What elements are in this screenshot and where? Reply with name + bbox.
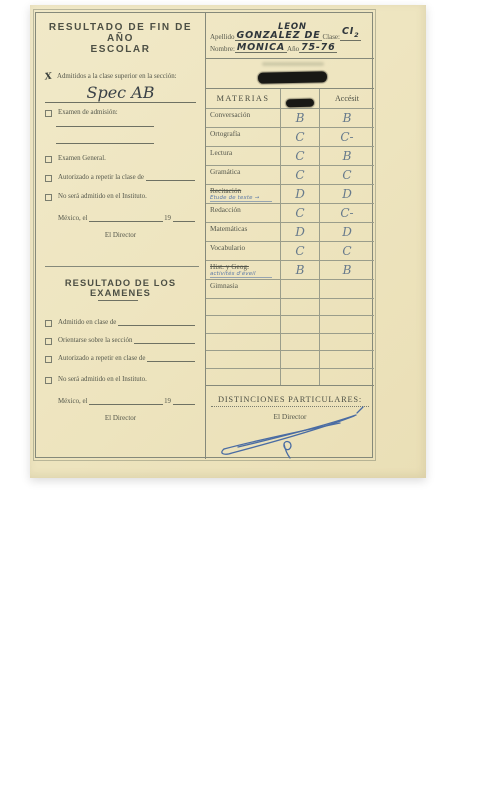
empty-cell bbox=[319, 334, 374, 350]
grade-value: C bbox=[295, 206, 304, 220]
city-label: México, el bbox=[58, 398, 87, 406]
accesit-value: C- bbox=[340, 206, 353, 220]
exam-admission-label: Examen de admisión: bbox=[58, 109, 118, 117]
grade-value: B bbox=[296, 263, 305, 277]
not-admitted2-label: No será admitido en el Instituto. bbox=[58, 376, 147, 384]
subject-label-struck: Hist. y Geog. bbox=[210, 262, 249, 271]
checkbox-icon bbox=[45, 320, 52, 327]
not-admitted-label: No será admitido en el Instituto. bbox=[58, 193, 147, 201]
blank-line bbox=[89, 221, 163, 222]
accesit-value: B bbox=[343, 263, 352, 277]
accesit-value: D bbox=[342, 225, 352, 239]
subject-label: Conversación bbox=[206, 109, 280, 127]
accesit-header: Accésit bbox=[319, 89, 374, 108]
empty-cell bbox=[206, 316, 280, 332]
table-row: Gimnasia bbox=[206, 279, 374, 298]
class-value-sub: 2 bbox=[354, 31, 359, 39]
empty-cell bbox=[280, 316, 319, 332]
surname-label: Apellido bbox=[210, 33, 235, 41]
grade-value: D bbox=[295, 225, 305, 239]
director-label: El Director bbox=[36, 231, 205, 239]
grades-table: MATERIAS Accésit Conversación B B Ortogr… bbox=[206, 88, 374, 386]
subject-label: Gimnasia bbox=[206, 280, 280, 298]
checkbox-icon bbox=[45, 377, 52, 384]
accesit-value: B bbox=[343, 111, 352, 125]
director-signature bbox=[214, 403, 366, 459]
table-row: Vocabulario C C bbox=[206, 241, 374, 260]
short-rule bbox=[98, 300, 138, 301]
class-label: Clase: bbox=[322, 33, 340, 41]
grade-value: D bbox=[295, 187, 305, 201]
repeat-class2-item: Autorizado a repetir en clase de bbox=[45, 355, 196, 363]
grade-value: B bbox=[296, 111, 305, 125]
empty-table-row bbox=[206, 333, 374, 350]
empty-cell bbox=[319, 316, 374, 332]
grade-value: C bbox=[295, 149, 304, 163]
year-label: Año bbox=[287, 45, 299, 53]
empty-cell bbox=[206, 351, 280, 367]
name-row: Nombre: MONICA Año 75-76 bbox=[210, 43, 369, 53]
subject-label: Vocabulario bbox=[206, 242, 280, 260]
name-value: MONICA bbox=[235, 43, 287, 53]
empty-cell bbox=[280, 334, 319, 350]
table-row: Lectura C B bbox=[206, 146, 374, 165]
materias-header: MATERIAS bbox=[206, 89, 280, 108]
date-line2: México, el 19 bbox=[58, 398, 196, 406]
empty-cell bbox=[280, 299, 319, 315]
admitted-handwritten-value: Spec AB bbox=[86, 83, 154, 102]
table-row: Gramática C C bbox=[206, 165, 374, 184]
checkbox-icon bbox=[45, 338, 52, 345]
class-value-main: CI bbox=[342, 26, 354, 37]
admitted-class-label: Admitido en clase de bbox=[58, 319, 116, 327]
checkbox-icon bbox=[45, 194, 52, 201]
repeat-class-label: Autorizado a repetir la clase de bbox=[58, 174, 144, 182]
checkbox-icon bbox=[45, 356, 52, 363]
empty-cell bbox=[319, 351, 374, 367]
checkbox-icon bbox=[45, 110, 52, 117]
exam-admission-item: Examen de admisión: bbox=[45, 109, 196, 117]
grades-header-row: MATERIAS Accésit bbox=[206, 88, 374, 108]
year-value: 75-76 bbox=[299, 43, 337, 53]
accesit-value: C bbox=[342, 168, 351, 182]
table-row: Recitación Etude de texte → D D bbox=[206, 184, 374, 203]
empty-cell bbox=[319, 299, 374, 315]
surname-value: GONZALEZ DE bbox=[235, 31, 323, 41]
handwritten-x-mark: X bbox=[45, 74, 53, 82]
subject-label: Redacción bbox=[206, 204, 280, 222]
empty-cell bbox=[206, 334, 280, 350]
accesit-value: D bbox=[342, 187, 352, 201]
name-label: Nombre: bbox=[210, 45, 235, 53]
subject-label: Ortografía bbox=[206, 128, 280, 146]
accesit-value: C- bbox=[340, 130, 353, 144]
checkbox-icon bbox=[45, 156, 52, 163]
year-prefix: 19 bbox=[164, 398, 171, 406]
admitted-item: X Admitidos a la clase superior en la se… bbox=[45, 73, 196, 81]
blank-line bbox=[89, 404, 163, 405]
blank-line bbox=[173, 221, 195, 222]
section2-title: RESULTADO DE LOS EXAMENES bbox=[36, 278, 205, 298]
empty-cell bbox=[206, 299, 280, 315]
repeat-class2-label: Autorizado a repetir en clase de bbox=[58, 355, 145, 363]
form-frame: RESULTADO DE FIN DE AÑO ESCOLAR X Admiti… bbox=[35, 12, 373, 458]
exam-general-label: Examen General. bbox=[58, 155, 106, 163]
subject-label-struck: Recitación bbox=[210, 186, 241, 195]
empty-table-row bbox=[206, 298, 374, 315]
exam-general-item: Examen General. bbox=[45, 155, 196, 163]
blank-line bbox=[56, 126, 154, 127]
table-row: Matemáticas D D bbox=[206, 222, 374, 241]
year-prefix: 19 bbox=[164, 215, 171, 223]
empty-table-row bbox=[206, 315, 374, 332]
redaction-bar bbox=[258, 71, 327, 83]
blank-line bbox=[147, 361, 195, 362]
subject-label: Lectura bbox=[206, 147, 280, 165]
redaction-blob bbox=[286, 99, 314, 108]
blank-line bbox=[173, 404, 195, 405]
blank-line bbox=[134, 343, 195, 344]
orientation-label: Orientarse sobre la sección bbox=[58, 337, 132, 345]
empty-table-row bbox=[206, 368, 374, 385]
handwritten-note: Etude de texte → bbox=[210, 195, 272, 202]
grade-col-header bbox=[280, 89, 319, 108]
table-row: Hist. y Geog. activités d'éveil B B bbox=[206, 260, 374, 279]
handwritten-note: activités d'éveil bbox=[210, 271, 272, 278]
director-label2: El Director bbox=[36, 414, 205, 422]
accesit-value: B bbox=[343, 149, 352, 163]
checkbox-icon bbox=[45, 175, 52, 182]
empty-cell bbox=[319, 369, 374, 385]
not-admitted2-item: No será admitido en el Instituto. bbox=[45, 376, 196, 384]
empty-table-row bbox=[206, 350, 374, 367]
empty-cell bbox=[280, 351, 319, 367]
repeat-class-item: Autorizado a repetir la clase de bbox=[45, 174, 196, 182]
blank-line bbox=[56, 143, 154, 144]
subject-label: Gramática bbox=[206, 166, 280, 184]
grade-value: C bbox=[295, 168, 304, 182]
section1-title-line2: ESCOLAR bbox=[36, 44, 205, 55]
class-value: CI2 bbox=[340, 27, 361, 41]
section-divider bbox=[45, 266, 199, 267]
left-section: RESULTADO DE FIN DE AÑO ESCOLAR X Admiti… bbox=[36, 13, 206, 459]
table-row: Ortografía C C- bbox=[206, 127, 374, 146]
grade-value: C bbox=[295, 130, 304, 144]
blank-line bbox=[146, 180, 195, 181]
grade-value: C bbox=[295, 244, 304, 258]
not-admitted-item: No será admitido en el Instituto. bbox=[45, 193, 196, 201]
empty-cell bbox=[206, 369, 280, 385]
table-row: Conversación B B bbox=[206, 108, 374, 127]
table-row: Redacción C C- bbox=[206, 203, 374, 222]
subject-label-struck-cell: Hist. y Geog. activités d'éveil bbox=[206, 261, 280, 279]
orientation-item: Orientarse sobre la sección bbox=[45, 337, 196, 345]
date-line: México, el 19 bbox=[58, 215, 196, 223]
admitted-label: Admitidos a la clase superior en la secc… bbox=[57, 73, 177, 81]
right-section: LEON Apellido GONZALEZ DE Clase: CI2 Nom… bbox=[206, 13, 374, 459]
accesit-value: C bbox=[342, 244, 351, 258]
blank-line bbox=[118, 325, 195, 326]
surname-row: Apellido GONZALEZ DE Clase: CI2 bbox=[210, 27, 369, 41]
admitted-value-line: Spec AB bbox=[45, 83, 196, 103]
header-separator bbox=[206, 58, 374, 59]
erased-text-smudge bbox=[262, 62, 324, 66]
city-label: México, el bbox=[58, 215, 87, 223]
section1-title-line1: RESULTADO DE FIN DE AÑO bbox=[36, 22, 205, 44]
scanned-report-card: RESULTADO DE FIN DE AÑO ESCOLAR X Admiti… bbox=[0, 0, 486, 800]
admitted-class-item: Admitido en clase de bbox=[45, 319, 196, 327]
subject-label-struck-cell: Recitación Etude de texte → bbox=[206, 185, 280, 203]
subject-label: Matemáticas bbox=[206, 223, 280, 241]
empty-cell bbox=[280, 369, 319, 385]
